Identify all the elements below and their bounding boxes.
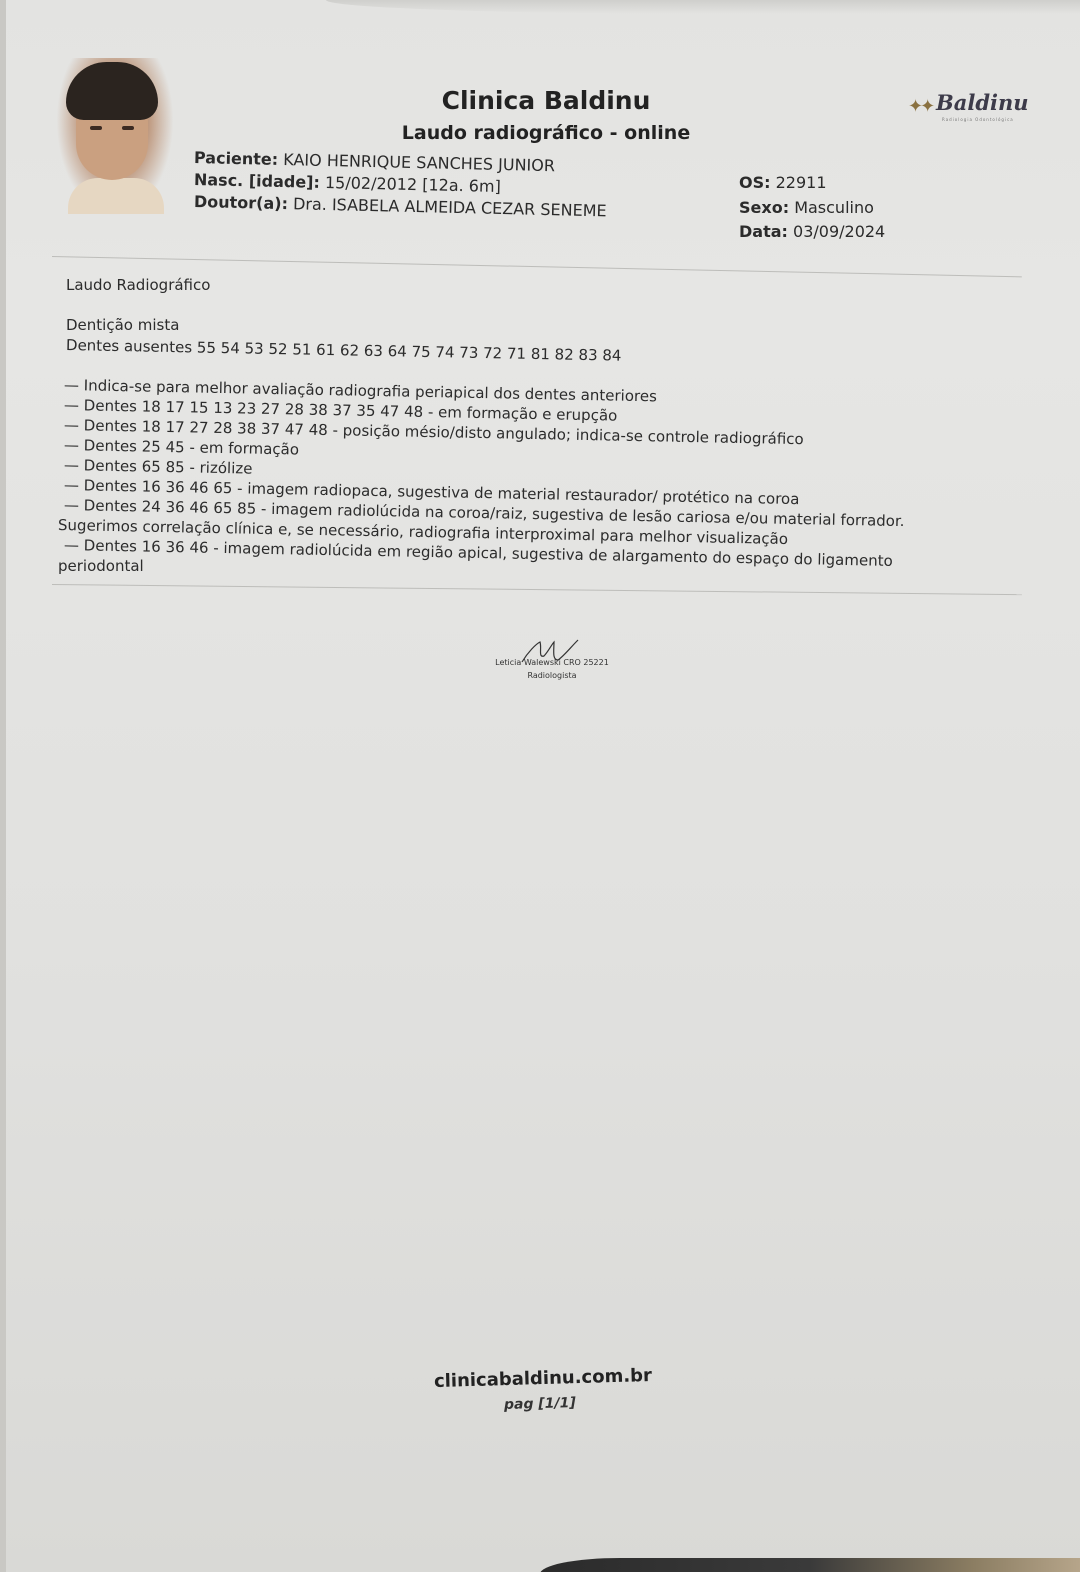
body-divider: [52, 584, 1022, 595]
os-field: OS: 22911: [739, 173, 827, 192]
doctor-field: Doutor(a): Dra. ISABELA ALMEIDA CEZAR SE…: [194, 192, 607, 220]
missing-teeth: Dentes ausentes 55 54 53 52 51 61 62 63 …: [66, 336, 622, 365]
background-object: [540, 1558, 1080, 1572]
logo-emblem-icon: ✦✦: [908, 96, 932, 117]
finding-item: periodontal: [58, 557, 144, 575]
sex-field: Sexo: Masculino: [739, 198, 874, 217]
report-title: Laudo radiográfico - online: [6, 122, 1080, 144]
paper-fold-shadow: [326, 0, 1080, 14]
report-heading: Laudo Radiográfico: [66, 276, 210, 294]
finding-item: — Dentes 65 85 - rizólize: [64, 456, 253, 478]
clinic-logo: ✦✦ Baldinu Radiologia Odontológica: [908, 90, 1028, 122]
report-page: Clinica Baldinu Laudo radiográfico - onl…: [6, 0, 1080, 1572]
footer-website: clinicabaldinu.com.br: [434, 1365, 652, 1392]
page-number: pag [1/1]: [504, 1395, 576, 1413]
radiologist-signature: Leticia Walewski CRO 25221 Radiologista: [492, 638, 612, 684]
date-field: Data: 03/09/2024: [739, 222, 885, 241]
dentition-type: Dentição mista: [66, 316, 179, 334]
finding-item: — Dentes 25 45 - em formação: [64, 436, 299, 459]
header-divider: [52, 256, 1022, 277]
